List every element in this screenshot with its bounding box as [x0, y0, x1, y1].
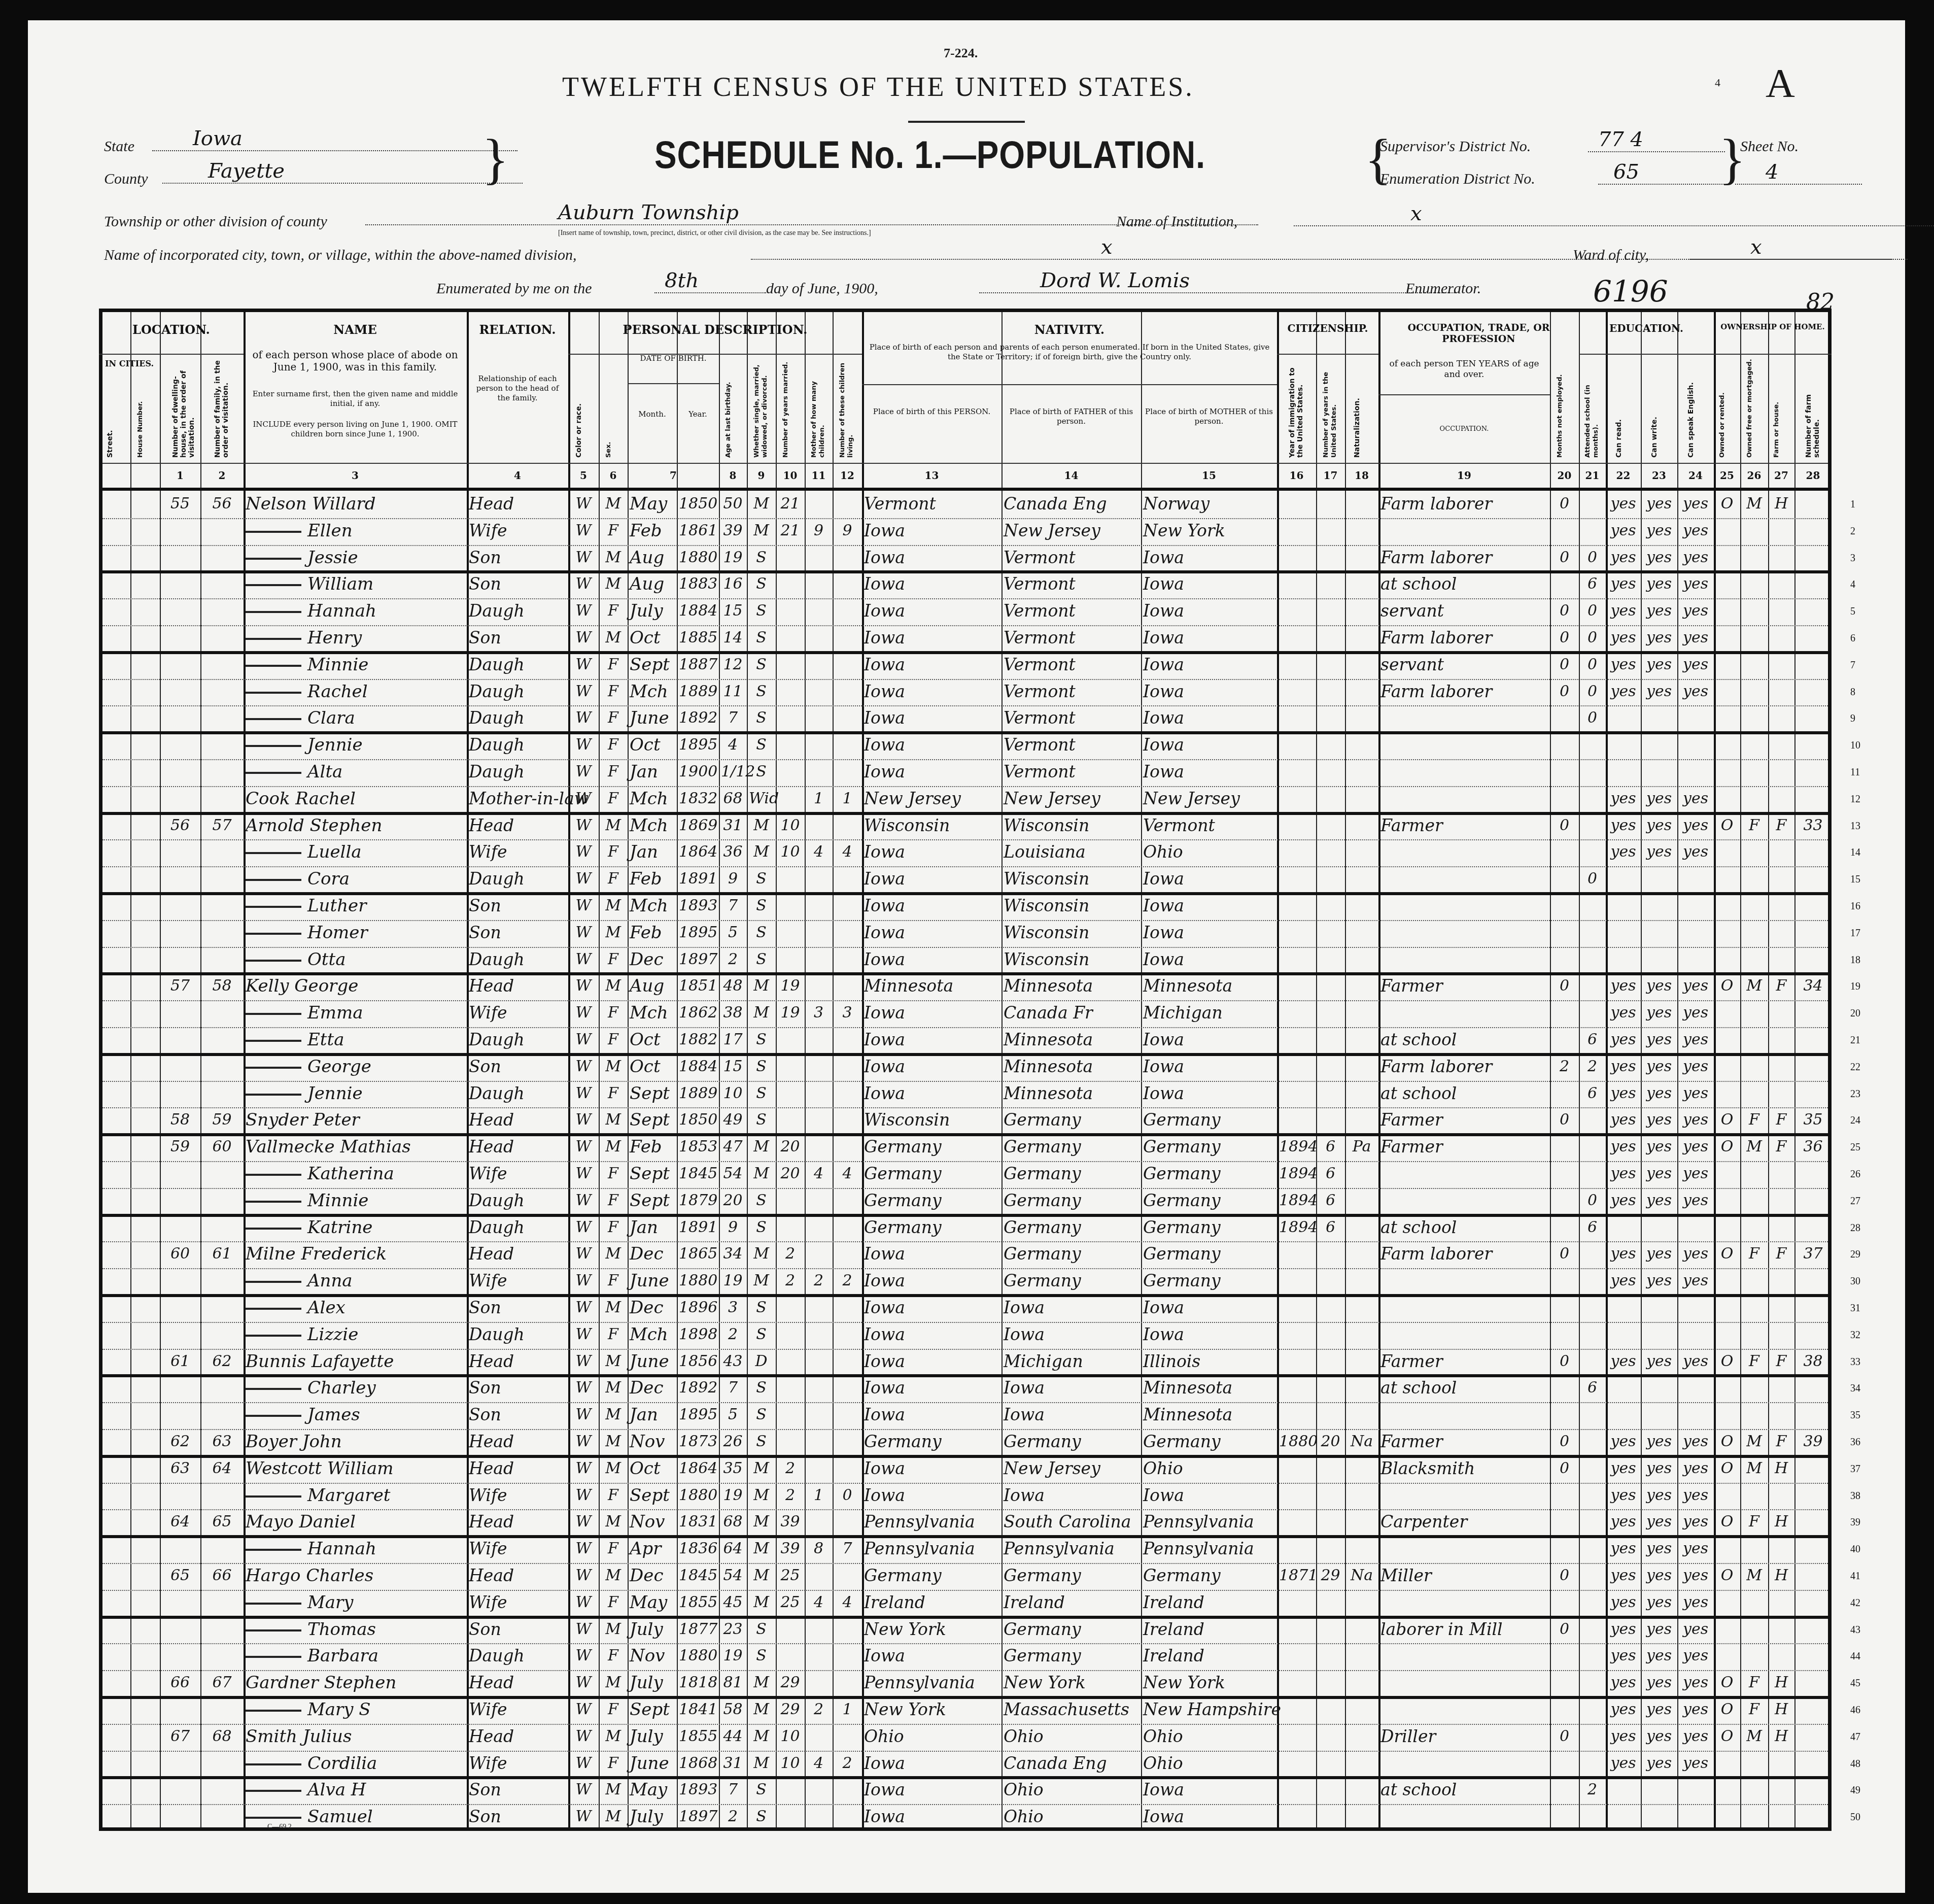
cell-nat [1347, 733, 1376, 757]
cell-name[interactable]: Margaret [246, 1483, 465, 1508]
cell-imm [1279, 1456, 1314, 1481]
cell-age: 15 [721, 1055, 745, 1079]
personal-description-header: PERSONAL DESCRIPTION. [568, 322, 862, 337]
cell-mar: S [749, 894, 774, 918]
cell-imm [1279, 519, 1314, 543]
column-number-14: 14 [1001, 469, 1141, 482]
table-row[interactable]: LuellaWifeWFJan186436M1044IowaLouisianaO… [102, 840, 1828, 867]
cell-nat [1347, 1269, 1376, 1293]
cell-en: yes [1679, 1162, 1712, 1186]
cell-bp: Iowa [864, 1805, 999, 1829]
cell-fam: 61 [202, 1242, 241, 1266]
cell-fam [202, 1055, 241, 1079]
cell-name[interactable]: Alex [246, 1296, 465, 1320]
cell-mar: Wid [749, 787, 774, 811]
cell-dw [162, 1590, 198, 1615]
cell-col: W [570, 1590, 597, 1615]
cell-name[interactable]: Kelly George [246, 974, 465, 998]
cell-fam: 67 [202, 1671, 241, 1695]
cell-name[interactable]: Gardner Stephen [246, 1671, 465, 1695]
table-row[interactable]: 5657Arnold StephenHeadWMMch186931M10Wisc… [102, 813, 1828, 840]
cell-fm [1742, 679, 1766, 704]
cell-mc: 2 [807, 1269, 831, 1293]
table-row[interactable]: Alva HSonWMMay18937SIowaOhioIowaat schoo… [102, 1778, 1828, 1805]
cell-name[interactable]: Otta [246, 947, 465, 972]
sheet-number-field[interactable]: 4 [1735, 160, 1862, 185]
cell-bf: Minnesota [1004, 1055, 1139, 1079]
column-number-divider [102, 463, 1828, 464]
cell-yus: 20 [1318, 1430, 1343, 1454]
cell-yr: 1861 [679, 519, 717, 543]
cell-name[interactable]: Hannah [246, 599, 465, 623]
vertical-header-street: Street. [106, 379, 123, 458]
cell-en: yes [1679, 492, 1712, 516]
cell-sch [1581, 492, 1604, 516]
table-row[interactable]: LutherSonWMMch18937SIowaWisconsinIowa [102, 894, 1828, 921]
cell-rd: yes [1608, 1430, 1639, 1454]
cell-name[interactable]: Katrine [246, 1215, 465, 1240]
cell-rel: Daugh [469, 1322, 566, 1347]
cell-occ: Farmer [1380, 1135, 1548, 1159]
enumerated-prefix: Enumerated by me on the [436, 280, 592, 297]
table-row[interactable]: Cook RachelMother-in-lawWFMch183268Wid11… [102, 787, 1828, 813]
cell-own: O [1716, 813, 1738, 838]
cell-sch [1581, 760, 1604, 784]
column-number-15: 15 [1141, 469, 1277, 482]
table-row[interactable]: EmmaWifeWFMch186238M1933IowaCanada FrMic… [102, 1001, 1828, 1028]
cell-fs: 37 [1797, 1242, 1829, 1266]
table-row[interactable]: MaryWifeWFMay185545M2544IrelandIrelandIr… [102, 1590, 1828, 1617]
line-number: 12 [1850, 794, 1860, 805]
cell-sex: M [601, 1563, 626, 1588]
cell-mc [807, 1135, 831, 1159]
cell-dw: 60 [162, 1242, 198, 1266]
cell-own [1716, 947, 1738, 972]
cell-fam: 59 [202, 1108, 241, 1132]
cell-sex: M [601, 1403, 626, 1427]
cell-fm: F [1742, 1242, 1766, 1266]
cell-mc [807, 1510, 831, 1534]
cell-bp: Iowa [864, 1028, 999, 1052]
cell-imm [1279, 599, 1314, 623]
cell-name[interactable]: Westcott William [246, 1456, 465, 1481]
vertical-header-yus: Number of years in the United States. [1322, 359, 1339, 458]
enumerator-name-field[interactable]: Dord W. Lomis [979, 269, 1456, 293]
cell-dw [162, 1322, 198, 1347]
cell-name[interactable]: Minnie [246, 1188, 465, 1213]
cell-sex: F [601, 840, 626, 864]
cell-name[interactable]: Anna [246, 1269, 465, 1293]
cell-mar: S [749, 626, 774, 650]
table-row[interactable]: EllenWifeWFFeb186139M2199IowaNew JerseyN… [102, 519, 1828, 546]
relation-description: Relationship of each person to the head … [470, 374, 565, 403]
table-row[interactable]: OttaDaughWFDec18972SIowaWisconsinIowa [102, 947, 1828, 974]
cell-name[interactable]: Rachel [246, 679, 465, 704]
cell-cl [835, 1349, 860, 1374]
cell-mo: Sept [630, 1162, 675, 1186]
cell-dw [162, 1751, 198, 1776]
enumeration-district-field[interactable]: 65 [1598, 160, 1730, 185]
cell-name[interactable]: Ellen [246, 519, 465, 543]
cell-name[interactable]: Henry [246, 626, 465, 650]
cell-name[interactable]: Thomas [246, 1617, 465, 1642]
table-row[interactable]: JessieSonWMAug188019SIowaVermontIowaFarm… [102, 546, 1828, 572]
line-number: 39 [1850, 1517, 1860, 1528]
cell-bp: Iowa [864, 1322, 999, 1347]
cell-mu [1552, 1322, 1577, 1347]
cell-name[interactable]: Cora [246, 867, 465, 891]
cell-yus [1318, 1028, 1343, 1052]
cell-wr [1643, 1403, 1675, 1427]
state-field[interactable]: Iowa [152, 127, 517, 151]
table-row[interactable]: KatrineDaughWFJan18919SGermanyGermanyGer… [102, 1215, 1828, 1242]
table-row[interactable]: LizzieDaughWFMch18982SIowaIowaIowa [102, 1322, 1828, 1349]
cell-own [1716, 1055, 1738, 1079]
cell-cl [835, 1644, 860, 1668]
cell-occ: Farm laborer [1380, 546, 1548, 570]
cell-mar: S [749, 1296, 774, 1320]
cell-mo: Feb [630, 1135, 675, 1159]
table-row[interactable]: 6263Boyer JohnHeadWMNov187326SGermanyGer… [102, 1430, 1828, 1456]
cell-mo: Nov [630, 1644, 675, 1668]
cell-fs [1797, 1269, 1829, 1293]
cell-bp: Iowa [864, 1456, 999, 1481]
cell-name[interactable]: Jennie [246, 1081, 465, 1106]
cell-col: W [570, 1644, 597, 1668]
cell-own [1716, 1188, 1738, 1213]
cell-mar: S [749, 1430, 774, 1454]
table-row[interactable]: 5859Snyder PeterHeadWMSept185049SWiscons… [102, 1108, 1828, 1135]
cell-dw [162, 1215, 198, 1240]
cell-mar: M [749, 1001, 774, 1025]
cell-en: yes [1679, 1135, 1712, 1159]
cell-mo: Oct [630, 1456, 675, 1481]
cell-age: 45 [721, 1590, 745, 1615]
table-row[interactable]: 6162Bunnis LafayetteHeadWMJune185643DIow… [102, 1349, 1828, 1376]
cell-mo: Sept [630, 1483, 675, 1508]
cell-en: yes [1679, 1108, 1712, 1132]
column-number-1: 1 [160, 469, 200, 482]
cell-name[interactable]: Jennie [246, 733, 465, 757]
table-row[interactable]: EttaDaughWFOct188217SIowaMinnesotaIowaat… [102, 1028, 1828, 1055]
cell-sex: M [601, 546, 626, 570]
table-row[interactable]: 5960Vallmecke MathiasHeadWMFeb185347M20G… [102, 1135, 1828, 1162]
table-row[interactable]: JamesSonWMJan18955SIowaIowaMinnesota [102, 1403, 1828, 1430]
education-header: EDUCATION. [1579, 322, 1714, 334]
table-row[interactable]: MinnieDaughWFSept187920SGermanyGermanyGe… [102, 1188, 1828, 1215]
table-row[interactable]: AltaDaughWFJan19001/12SIowaVermontIowa [102, 760, 1828, 787]
table-row[interactable]: MinnieDaughWFSept188712SIowaVermontIowas… [102, 653, 1828, 679]
cell-own: O [1716, 1724, 1738, 1749]
institution-field[interactable]: x [1294, 202, 1934, 226]
cell-name[interactable]: Cordilia [246, 1751, 465, 1776]
cell-name[interactable]: Snyder Peter [246, 1108, 465, 1132]
cell-name[interactable]: Charley [246, 1376, 465, 1400]
cell-name[interactable]: Barbara [246, 1644, 465, 1668]
cell-cl: 0 [835, 1483, 860, 1508]
cell-col: W [570, 1296, 597, 1320]
cell-rel: Head [469, 1349, 566, 1374]
cell-yus [1318, 1456, 1343, 1481]
cell-dw [162, 706, 198, 730]
column-number-23: 23 [1641, 469, 1677, 482]
cell-sch [1581, 1403, 1604, 1427]
table-row[interactable]: ClaraDaughWFJune18927SIowaVermontIowa0 [102, 706, 1828, 733]
cell-own [1716, 1028, 1738, 1052]
cell-en: yes [1679, 1644, 1712, 1668]
cell-bm: Iowa [1143, 921, 1275, 945]
cell-age: 7 [721, 1778, 745, 1802]
county-field[interactable]: Fayette [162, 159, 523, 184]
cell-bm: Iowa [1143, 626, 1275, 650]
cell-mu [1552, 1537, 1577, 1561]
given-name: Lizzie [307, 1324, 358, 1345]
cell-fh: H [1770, 1563, 1792, 1588]
cell-occ [1380, 519, 1548, 543]
table-row[interactable]: MargaretWifeWFSept188019M210IowaIowaIowa… [102, 1483, 1828, 1510]
cell-name[interactable]: James [246, 1403, 465, 1427]
cell-sch [1581, 1805, 1604, 1829]
vertical-header-rd: Can read. [1615, 359, 1632, 458]
cell-name[interactable]: Clara [246, 706, 465, 730]
cell-age: 48 [721, 974, 745, 998]
cell-fm: F [1742, 1108, 1766, 1132]
cell-name[interactable]: Minnie [246, 653, 465, 677]
cell-mc [807, 1108, 831, 1132]
table-row[interactable]: HomerSonWMFeb18955SIowaWisconsinIowa [102, 921, 1828, 947]
cell-own [1716, 626, 1738, 650]
cell-mc: 3 [807, 1001, 831, 1025]
cell-col: W [570, 1537, 597, 1561]
subheader-divider [1277, 354, 1378, 355]
cell-name[interactable]: Boyer John [246, 1430, 465, 1454]
cell-fs: 36 [1797, 1135, 1829, 1159]
cell-mc [807, 1322, 831, 1347]
column-number-22: 22 [1606, 469, 1641, 482]
cell-bf: South Carolina [1004, 1510, 1139, 1534]
cell-wr: yes [1643, 653, 1675, 677]
cell-fs [1797, 733, 1829, 757]
cell-bm: Illinois [1143, 1349, 1275, 1374]
cell-en: yes [1679, 1188, 1712, 1213]
cell-imm: 1894 [1279, 1215, 1314, 1240]
cell-dw [162, 787, 198, 811]
table-row[interactable]: 6667Gardner StephenHeadWMJuly181881M29Pe… [102, 1671, 1828, 1697]
surname-ditto-dash [246, 1817, 301, 1819]
table-row[interactable]: HannahDaughWFJuly188415SIowaVermontIowas… [102, 599, 1828, 626]
cell-name[interactable]: Hargo Charles [246, 1563, 465, 1588]
cell-name[interactable]: Mary S [246, 1697, 465, 1722]
cell-bp: Germany [864, 1188, 999, 1213]
cell-name[interactable]: Cook Rachel [246, 787, 465, 811]
cell-ym: 2 [778, 1269, 803, 1293]
table-row[interactable]: JennieDaughWFSept188910SIowaMinnesotaIow… [102, 1081, 1828, 1108]
table-row[interactable]: JennieDaughWFOct18954SIowaVermontIowa [102, 733, 1828, 760]
cell-mu: 0 [1552, 626, 1577, 650]
table-row[interactable]: BarbaraDaughWFNov188019SIowaGermanyIrela… [102, 1644, 1828, 1671]
table-row[interactable]: AnnaWifeWFJune188019M222IowaGermanyGerma… [102, 1269, 1828, 1296]
supervisor-district-field[interactable]: 77 4 [1588, 128, 1725, 152]
cell-fam [202, 1483, 241, 1508]
cell-fm [1742, 1805, 1766, 1829]
line-number: 26 [1850, 1169, 1860, 1180]
cell-wr: yes [1643, 1751, 1675, 1776]
cell-ym: 39 [778, 1510, 803, 1534]
cell-imm [1279, 1349, 1314, 1374]
cell-mar: S [749, 733, 774, 757]
cell-bp: Ireland [864, 1590, 999, 1615]
cell-yr: 1879 [679, 1188, 717, 1213]
column-number-6: 6 [599, 469, 628, 482]
cell-rel: Head [469, 813, 566, 838]
cell-mu [1552, 1376, 1577, 1400]
cell-col: W [570, 760, 597, 784]
cell-bm: Pennsylvania [1143, 1537, 1275, 1561]
table-row[interactable]: Mary SWifeWFSept184158M2921New YorkMassa… [102, 1697, 1828, 1724]
table-row[interactable]: 5556Nelson WillardHeadWMMay185050M21Verm… [102, 492, 1828, 519]
cell-yus [1318, 760, 1343, 784]
cell-own [1716, 1751, 1738, 1776]
cell-name[interactable]: Lizzie [246, 1322, 465, 1347]
table-row[interactable]: CordiliaWifeWFJune186831M1042IowaCanada … [102, 1751, 1828, 1778]
cell-name[interactable]: Smith Julius [246, 1724, 465, 1749]
cell-mo: Sept [630, 1108, 675, 1132]
table-row[interactable]: WilliamSonWMAug188316SIowaVermontIowaat … [102, 572, 1828, 599]
cell-yus [1318, 653, 1343, 677]
vertical-header-col: Color or race. [575, 359, 592, 458]
cell-rd [1608, 1376, 1639, 1400]
cell-name[interactable]: Bunnis Lafayette [246, 1349, 465, 1374]
cell-col: W [570, 679, 597, 704]
cell-fs [1797, 1456, 1829, 1481]
cell-mc [807, 1081, 831, 1106]
table-row[interactable]: AlexSonWMDec18963SIowaIowaIowa [102, 1296, 1828, 1322]
cell-sex: F [601, 679, 626, 704]
enumeration-day-field[interactable]: 8th [654, 269, 766, 293]
cell-rel: Head [469, 1135, 566, 1159]
cell-name[interactable]: Alta [246, 760, 465, 784]
vertical-header-ym: Number of years married. [782, 359, 799, 458]
cell-wr: yes [1643, 1697, 1675, 1722]
table-row[interactable]: 6061Milne FrederickHeadWMDec186534M2Iowa… [102, 1242, 1828, 1269]
cell-name[interactable]: Mayo Daniel [246, 1510, 465, 1534]
cell-rd [1608, 867, 1639, 891]
cell-dw [162, 1001, 198, 1025]
cell-age: 19 [721, 1644, 745, 1668]
table-row[interactable]: SamuelSonWMJuly18972SIowaOhioIowa [102, 1805, 1828, 1831]
cell-fh [1770, 947, 1792, 972]
table-row[interactable]: 6364Westcott WilliamHeadWMOct186435M2Iow… [102, 1456, 1828, 1483]
cell-sex: F [601, 1537, 626, 1561]
cell-dw [162, 1805, 198, 1829]
cell-mu: 2 [1552, 1055, 1577, 1079]
cell-bm: Germany [1143, 1135, 1275, 1159]
table-row[interactable]: CharleySonWMDec18927SIowaIowaMinnesotaat… [102, 1376, 1828, 1403]
cell-rd: yes [1608, 1349, 1639, 1374]
cell-name[interactable]: Luella [246, 840, 465, 864]
cell-mc: 1 [807, 1483, 831, 1508]
cell-name[interactable]: Mary [246, 1590, 465, 1615]
cell-fam [202, 947, 241, 972]
cell-name[interactable]: Katherina [246, 1162, 465, 1186]
cell-mc [807, 1617, 831, 1642]
cell-nat [1347, 813, 1376, 838]
cell-cl: 2 [835, 1751, 860, 1776]
cell-name[interactable]: Alva H [246, 1778, 465, 1802]
cell-sex: F [601, 787, 626, 811]
cell-wr: yes [1643, 1537, 1675, 1561]
table-row[interactable]: ThomasSonWMJuly187723SNew YorkGermanyIre… [102, 1617, 1828, 1644]
cell-sex: M [601, 1430, 626, 1454]
cell-fs [1797, 1563, 1829, 1588]
cell-fs [1797, 546, 1829, 570]
surname-ditto-dash [246, 745, 301, 747]
cell-name[interactable]: Etta [246, 1028, 465, 1052]
cell-bf: Vermont [1004, 626, 1139, 650]
cell-name[interactable]: Jessie [246, 546, 465, 570]
cell-name[interactable]: Arnold Stephen [246, 813, 465, 838]
cell-en: yes [1679, 1349, 1712, 1374]
cell-name[interactable]: Hannah [246, 1537, 465, 1561]
table-row[interactable]: CoraDaughWFFeb18919SIowaWisconsinIowa0 [102, 867, 1828, 894]
table-row[interactable]: HenrySonWMOct188514SIowaVermontIowaFarm … [102, 626, 1828, 653]
cell-yus [1318, 1108, 1343, 1132]
cell-mar: M [749, 1751, 774, 1776]
cell-yus [1318, 1081, 1343, 1106]
table-row[interactable]: 6465Mayo DanielHeadWMNov183168M39Pennsyl… [102, 1510, 1828, 1537]
cell-name[interactable]: Vallmecke Mathias [246, 1135, 465, 1159]
cell-en [1679, 1805, 1712, 1829]
cell-name[interactable]: Milne Frederick [246, 1242, 465, 1266]
cell-mc [807, 546, 831, 570]
cell-name[interactable]: Homer [246, 921, 465, 945]
cell-name[interactable]: Luther [246, 894, 465, 918]
schedule-title: SCHEDULE No. 1.—POPULATION. [654, 133, 1205, 177]
cell-wr: yes [1643, 1188, 1675, 1213]
table-row[interactable]: RachelDaughWFMch188911SIowaVermontIowaFa… [102, 679, 1828, 706]
cell-name[interactable]: Nelson Willard [246, 492, 465, 516]
ward-field[interactable]: x [1689, 235, 1892, 260]
cell-rd [1608, 1322, 1639, 1347]
cell-sex: M [601, 921, 626, 945]
table-row[interactable]: 6768Smith JuliusHeadWMJuly185544M10OhioO… [102, 1724, 1828, 1751]
cell-en: yes [1679, 1563, 1712, 1588]
table-row[interactable]: 5758Kelly GeorgeHeadWMAug185148M19Minnes… [102, 974, 1828, 1001]
cell-fm [1742, 1296, 1766, 1320]
table-row[interactable]: HannahWifeWFApr183664M3987PennsylvaniaPe… [102, 1537, 1828, 1563]
cell-mc: 9 [807, 519, 831, 543]
cell-own [1716, 1644, 1738, 1668]
cell-name[interactable]: George [246, 1055, 465, 1079]
given-name: Luther [307, 896, 366, 916]
cell-name[interactable]: Emma [246, 1001, 465, 1025]
table-row[interactable]: 6566Hargo CharlesHeadWMDec184554M25Germa… [102, 1563, 1828, 1590]
cell-cl [835, 1671, 860, 1695]
relation-header: RELATION. [467, 322, 568, 337]
cell-sex: F [601, 867, 626, 891]
cell-bf: New Jersey [1004, 1456, 1139, 1481]
cell-cl [835, 921, 860, 945]
table-row[interactable]: GeorgeSonWMOct188415SIowaMinnesotaIowaFa… [102, 1055, 1828, 1081]
cell-name[interactable]: William [246, 572, 465, 596]
cell-nat [1347, 1724, 1376, 1749]
table-row[interactable]: KatherinaWifeWFSept184554M2044GermanyGer… [102, 1162, 1828, 1188]
cell-yus [1318, 599, 1343, 623]
cell-cl [835, 1296, 860, 1320]
cell-sch [1581, 1751, 1604, 1776]
given-name: Mary [307, 1592, 354, 1613]
cell-bf: Minnesota [1004, 974, 1139, 998]
